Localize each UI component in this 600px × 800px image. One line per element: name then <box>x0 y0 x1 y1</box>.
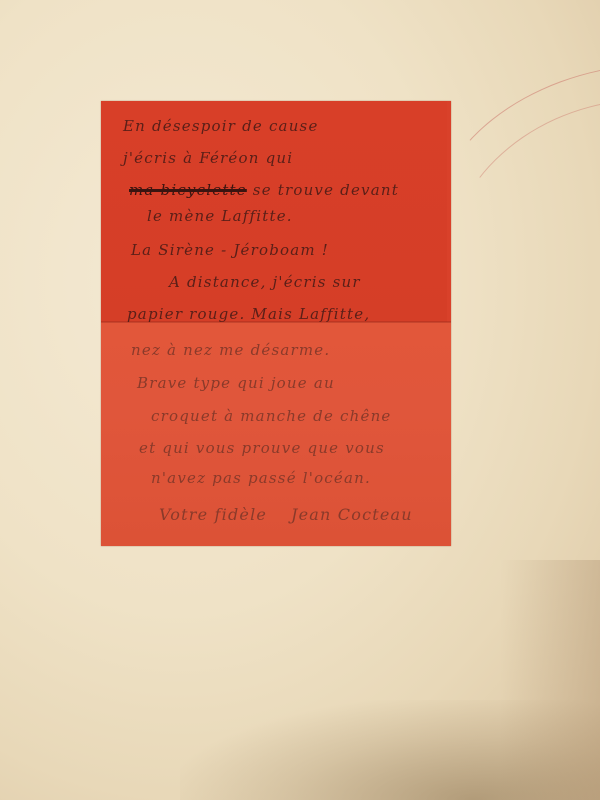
closing-text: Votre fidèle <box>159 505 267 524</box>
letter-line: La Sirène - Jéroboam ! <box>131 241 329 259</box>
letter-line: En désespoir de cause <box>123 117 319 135</box>
letter-line: ma bicyclette se trouve devant <box>129 181 399 199</box>
letter-line-rest: se trouve devant <box>253 181 399 199</box>
letter-line: et qui vous prouve que vous <box>139 439 385 457</box>
letter-line: j'écris à Féréon qui <box>123 149 293 167</box>
letter-line: nez à nez me désarme. <box>131 341 330 359</box>
struck-out-text: ma bicyclette <box>129 181 247 199</box>
table-shadow-right <box>500 560 600 800</box>
letter-line: A distance, j'écris sur <box>169 273 361 291</box>
signature: Jean Cocteau <box>291 505 413 524</box>
handwritten-letter: En désespoir de cause j'écris à Féréon q… <box>101 101 451 546</box>
letter-line: n'avez pas passé l'océan. <box>151 469 371 487</box>
letter-line: Brave type qui joue au <box>137 374 335 392</box>
letter-line: croquet à manche de chêne <box>151 407 392 425</box>
letter-line: le mène Laffitte. <box>147 207 293 225</box>
letter-line: papier rouge. Mais Laffitte, <box>127 305 370 323</box>
